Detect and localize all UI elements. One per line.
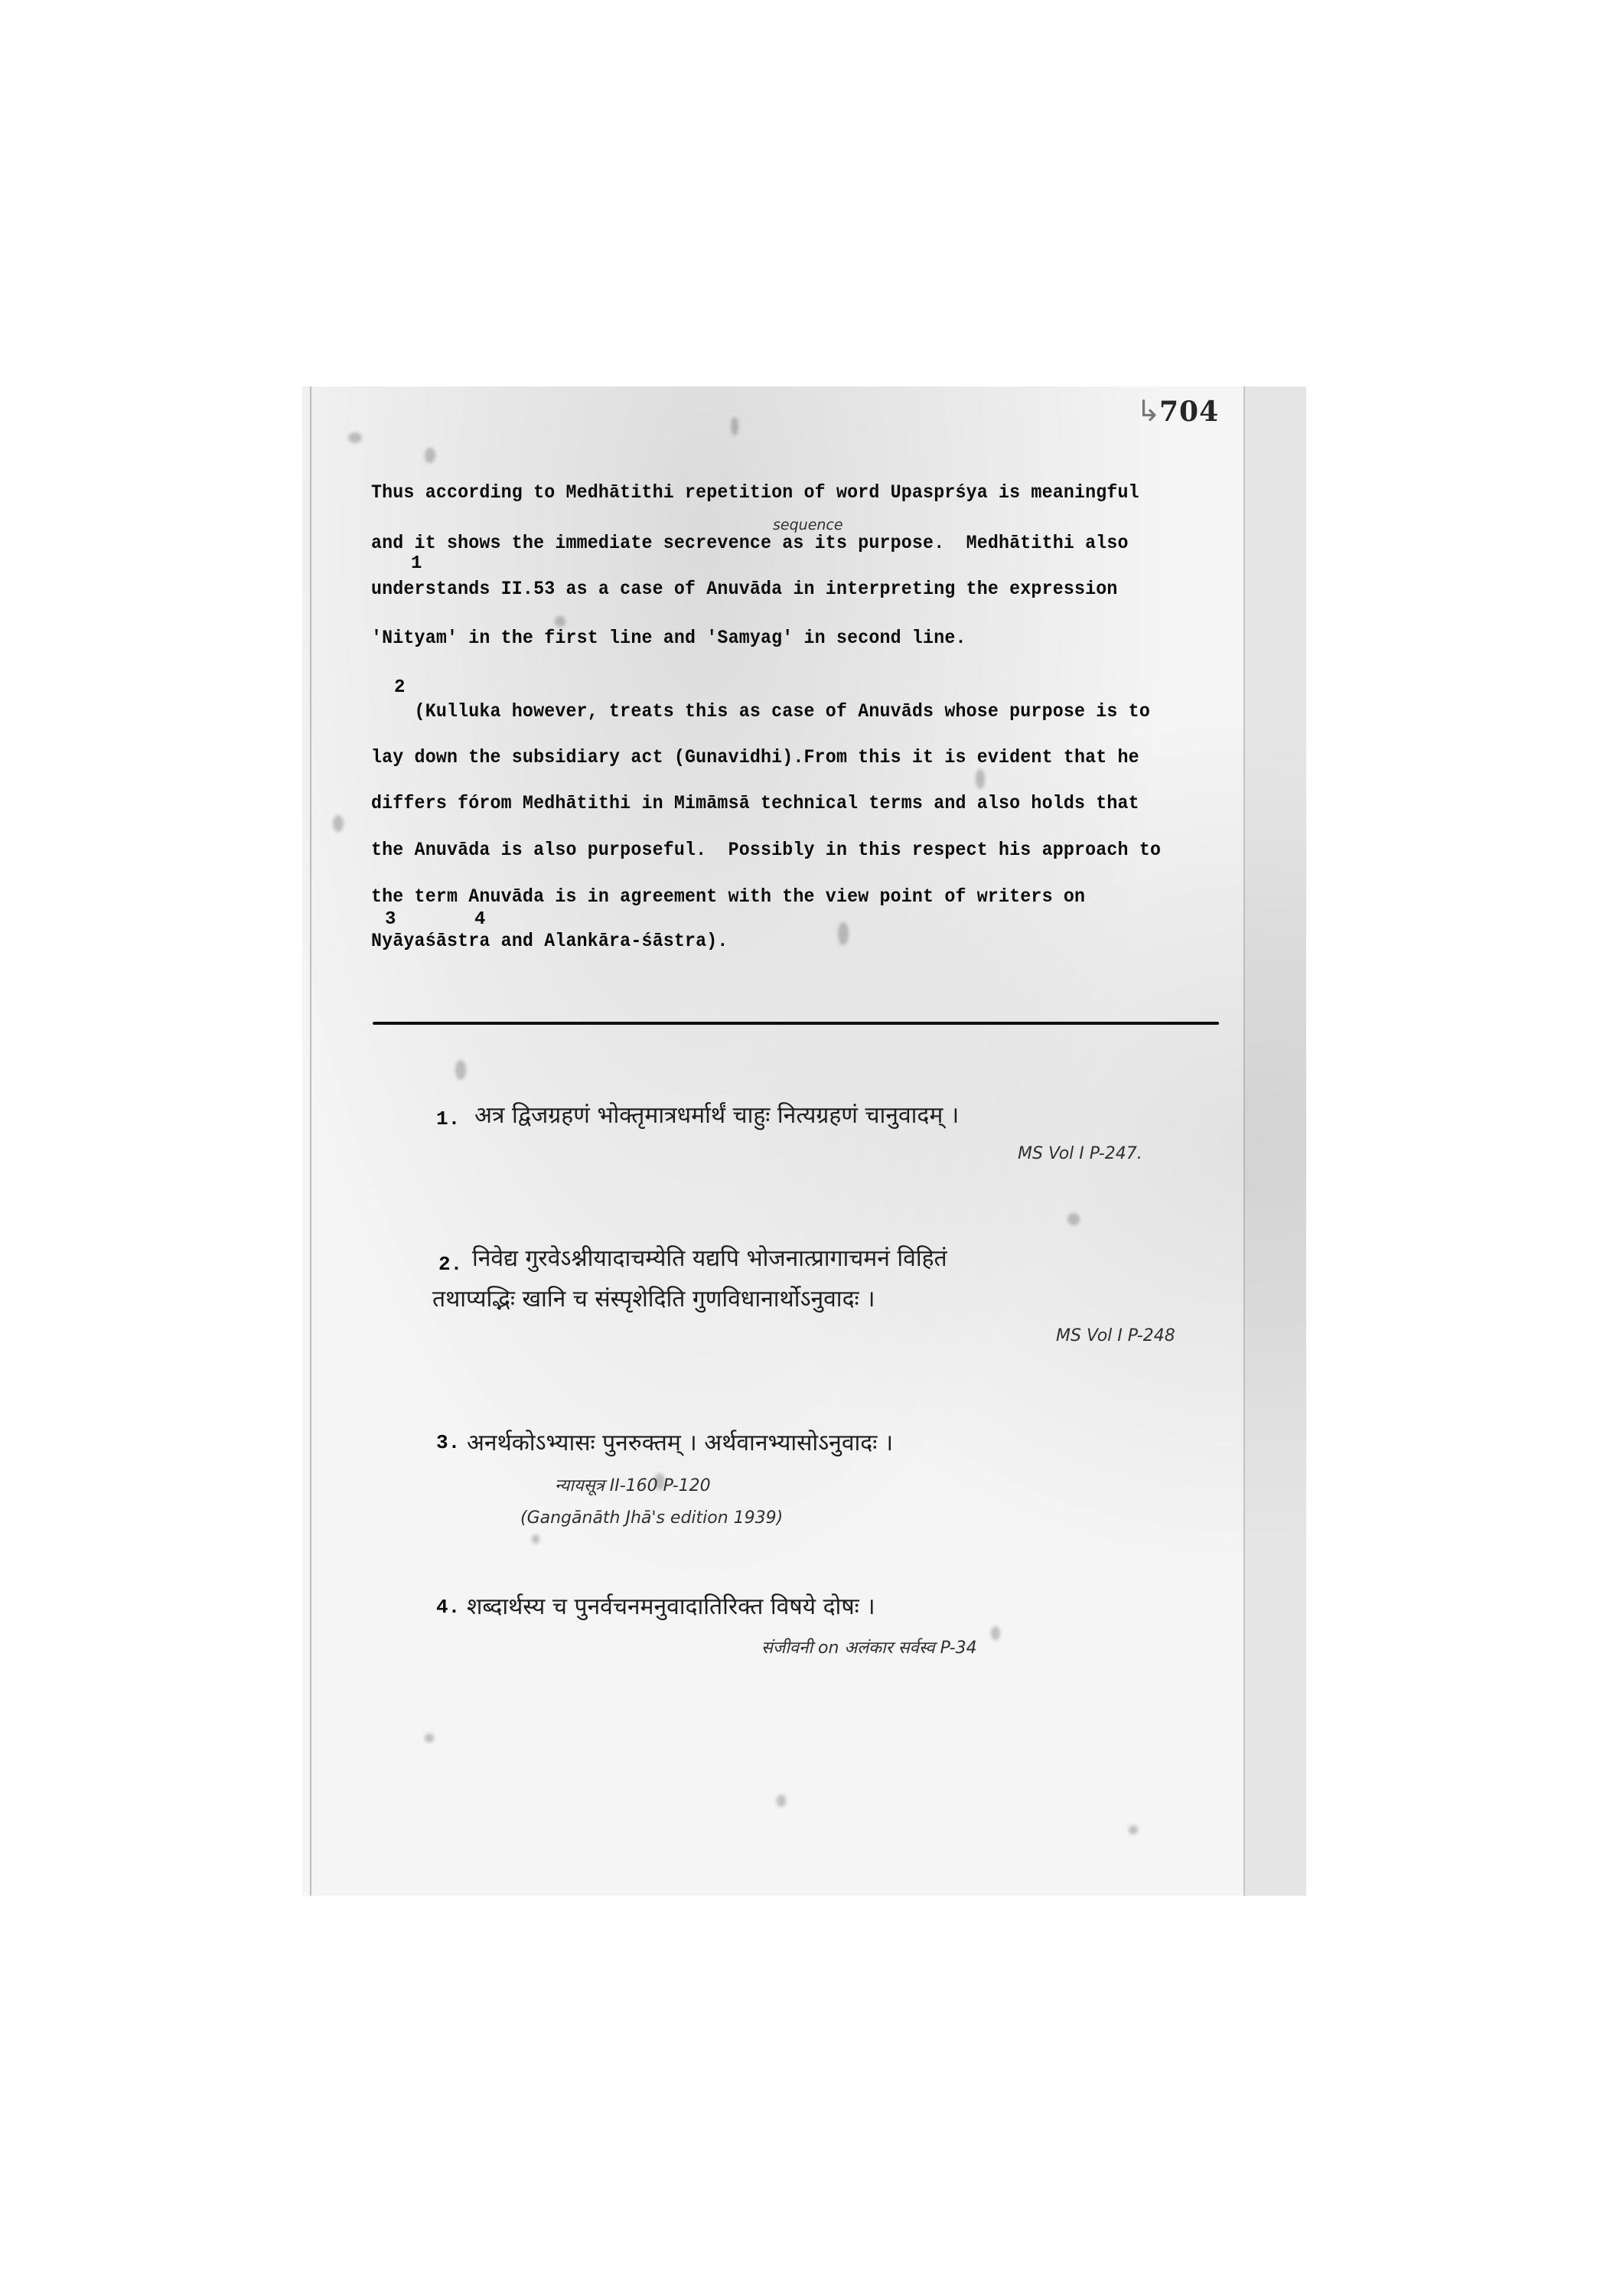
footnote-number: 1. <box>436 1107 460 1130</box>
page-fold-line <box>310 386 311 1896</box>
scan-speck <box>455 1060 466 1080</box>
scan-speck <box>1129 1825 1138 1835</box>
footnote-divider <box>373 1022 1219 1025</box>
footnote-number: 4. <box>436 1596 460 1619</box>
scan-speck <box>1067 1213 1080 1225</box>
body-line: Thus according to Medhātithi repetition … <box>371 481 1190 504</box>
body-line: the term Anuvāda is in agreement with th… <box>371 885 1190 908</box>
footnote-text: अत्र द्विजग्रहणं भोक्तृमात्रधर्मार्थं चा… <box>474 1098 959 1130</box>
footnote-number: 3. <box>436 1431 460 1454</box>
footnote-marker: 4 <box>474 909 485 930</box>
body-line: understands II.53 as a case of Anuvāda i… <box>371 578 1190 600</box>
scan-speck <box>777 1795 786 1807</box>
body-line: differs fórom Medhātithi in Mimāmsā tech… <box>371 792 1190 814</box>
scan-speck <box>976 769 985 789</box>
scan-speck <box>532 1534 539 1544</box>
footnote-reference: MS Vol I P-248 <box>1056 1326 1175 1345</box>
scan-speck <box>348 432 362 443</box>
scan-speck <box>731 417 738 435</box>
footnote-text: तथाप्यद्भिः खानि च संस्पृशेदिति गुणविधान… <box>432 1282 875 1313</box>
page-fold-line <box>1243 386 1245 1896</box>
footnote-reference: MS Vol I P-247. <box>1018 1144 1142 1163</box>
scan-speck <box>991 1626 1000 1640</box>
body-line: Nyāyaśāstra and Alankāra-śāstra). <box>371 930 1190 952</box>
page-shadow <box>1245 386 1306 1896</box>
footnote-reference-edition: (Gangānāth Jhā's edition 1939) <box>520 1508 783 1528</box>
footnote-number: 2. <box>438 1253 462 1276</box>
body-line: and it shows the immediate secrevence as… <box>371 532 1190 554</box>
handwritten-correction: sequence <box>773 517 843 533</box>
scan-speck <box>333 815 344 832</box>
scan-speck <box>425 448 435 463</box>
footnote-text: निवेद्य गुरवेऽश्नीयादाचम्येति यद्यपि भोज… <box>472 1241 947 1273</box>
footnote-reference: संजीवनी on अलंकार सर्वस्व P-34 <box>761 1636 977 1658</box>
scan-speck <box>555 616 565 627</box>
body-line: lay down the subsidiary act (Gunavidhi).… <box>371 746 1190 768</box>
page-mark: ↳ <box>1136 394 1161 428</box>
page-number: 704 <box>1159 396 1219 428</box>
footnote-reference: न्यायसूत्र II-160 P-120 <box>555 1473 711 1496</box>
footnote-marker: 1 <box>411 553 422 574</box>
body-line: (Kulluka however, treats this as case of… <box>371 700 1190 722</box>
scanned-page: ↳ 704 Thus according to Medhātithi repet… <box>302 386 1306 1896</box>
body-line: 'Nityam' in the first line and 'Samyag' … <box>371 627 1190 649</box>
scan-speck <box>425 1733 434 1743</box>
footnote-marker: 2 <box>394 677 405 698</box>
body-line: the Anuvāda is also purposeful. Possibly… <box>371 839 1190 861</box>
footnote-text: शब्दार्थस्य च पुनर्वचनमनुवादातिरिक्त विष… <box>467 1590 875 1621</box>
footnote-marker: 3 <box>385 909 396 930</box>
footnote-text: अनर्थकोऽभ्यासः पुनरुक्तम् । अर्थवानभ्यास… <box>467 1426 893 1457</box>
